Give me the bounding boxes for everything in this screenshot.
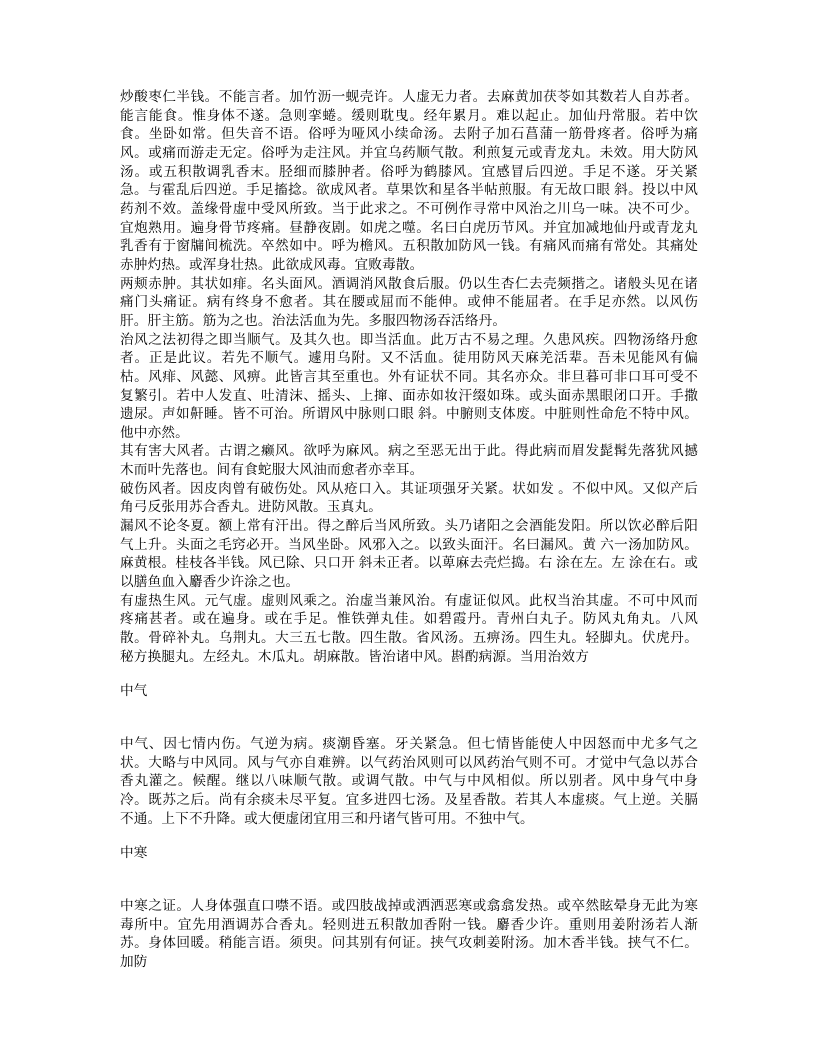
paragraph: 治风之法初得之即当顺气。及其久也。即当活血。此万古不易之理。久患风疾。四物汤络丹… [120, 331, 698, 443]
paragraph: 中寒之证。人身体强直口噤不语。或四肢战掉或洒洒恶寒或翕翕发热。或卒然眩晕身无此为… [120, 897, 698, 972]
paragraph: 中气、因七情内伤。气逆为病。痰潮昏塞。牙关紧急。但七情皆能使人中因怒而中尤多气之… [120, 735, 698, 828]
section-heading: 中气 [120, 682, 698, 701]
section-heading: 中寒 [120, 844, 698, 863]
paragraph: 炒酸枣仁半钱。不能言者。加竹沥一蚬壳许。人虚无力者。去麻黄加茯苓如其数若人自苏者… [120, 88, 698, 275]
paragraph: 破伤风者。因皮肉曾有破伤处。风从疮口入。其证项强牙关紧。状如发 。不似中风。又似… [120, 480, 698, 517]
paragraph: 漏风不论冬夏。额上常有汗出。得之醉后当风所致。头乃诸阳之会酒能发阳。所以饮必醉后… [120, 517, 698, 592]
document-page: 炒酸枣仁半钱。不能言者。加竹沥一蚬壳许。人虚无力者。去麻黄加茯苓如其数若人自苏者… [0, 0, 816, 1056]
paragraph: 其有害大风者。古谓之癞风。欲呼为麻风。病之至恶无出于此。得此病而眉发髭髯先落犹风… [120, 442, 698, 479]
paragraph: 两颊赤肿。其状如痱。名头面风。酒调消风散食后服。仍以生杏仁去壳频揩之。诸般头见在… [120, 275, 698, 331]
document-body: 炒酸枣仁半钱。不能言者。加竹沥一蚬壳许。人虚无力者。去麻黄加茯苓如其数若人自苏者… [120, 88, 698, 972]
paragraph: 有虚热生风。元气虚。虚则风乘之。治虚当兼风治。有虚证似风。此权当治其虚。不可中风… [120, 592, 698, 667]
